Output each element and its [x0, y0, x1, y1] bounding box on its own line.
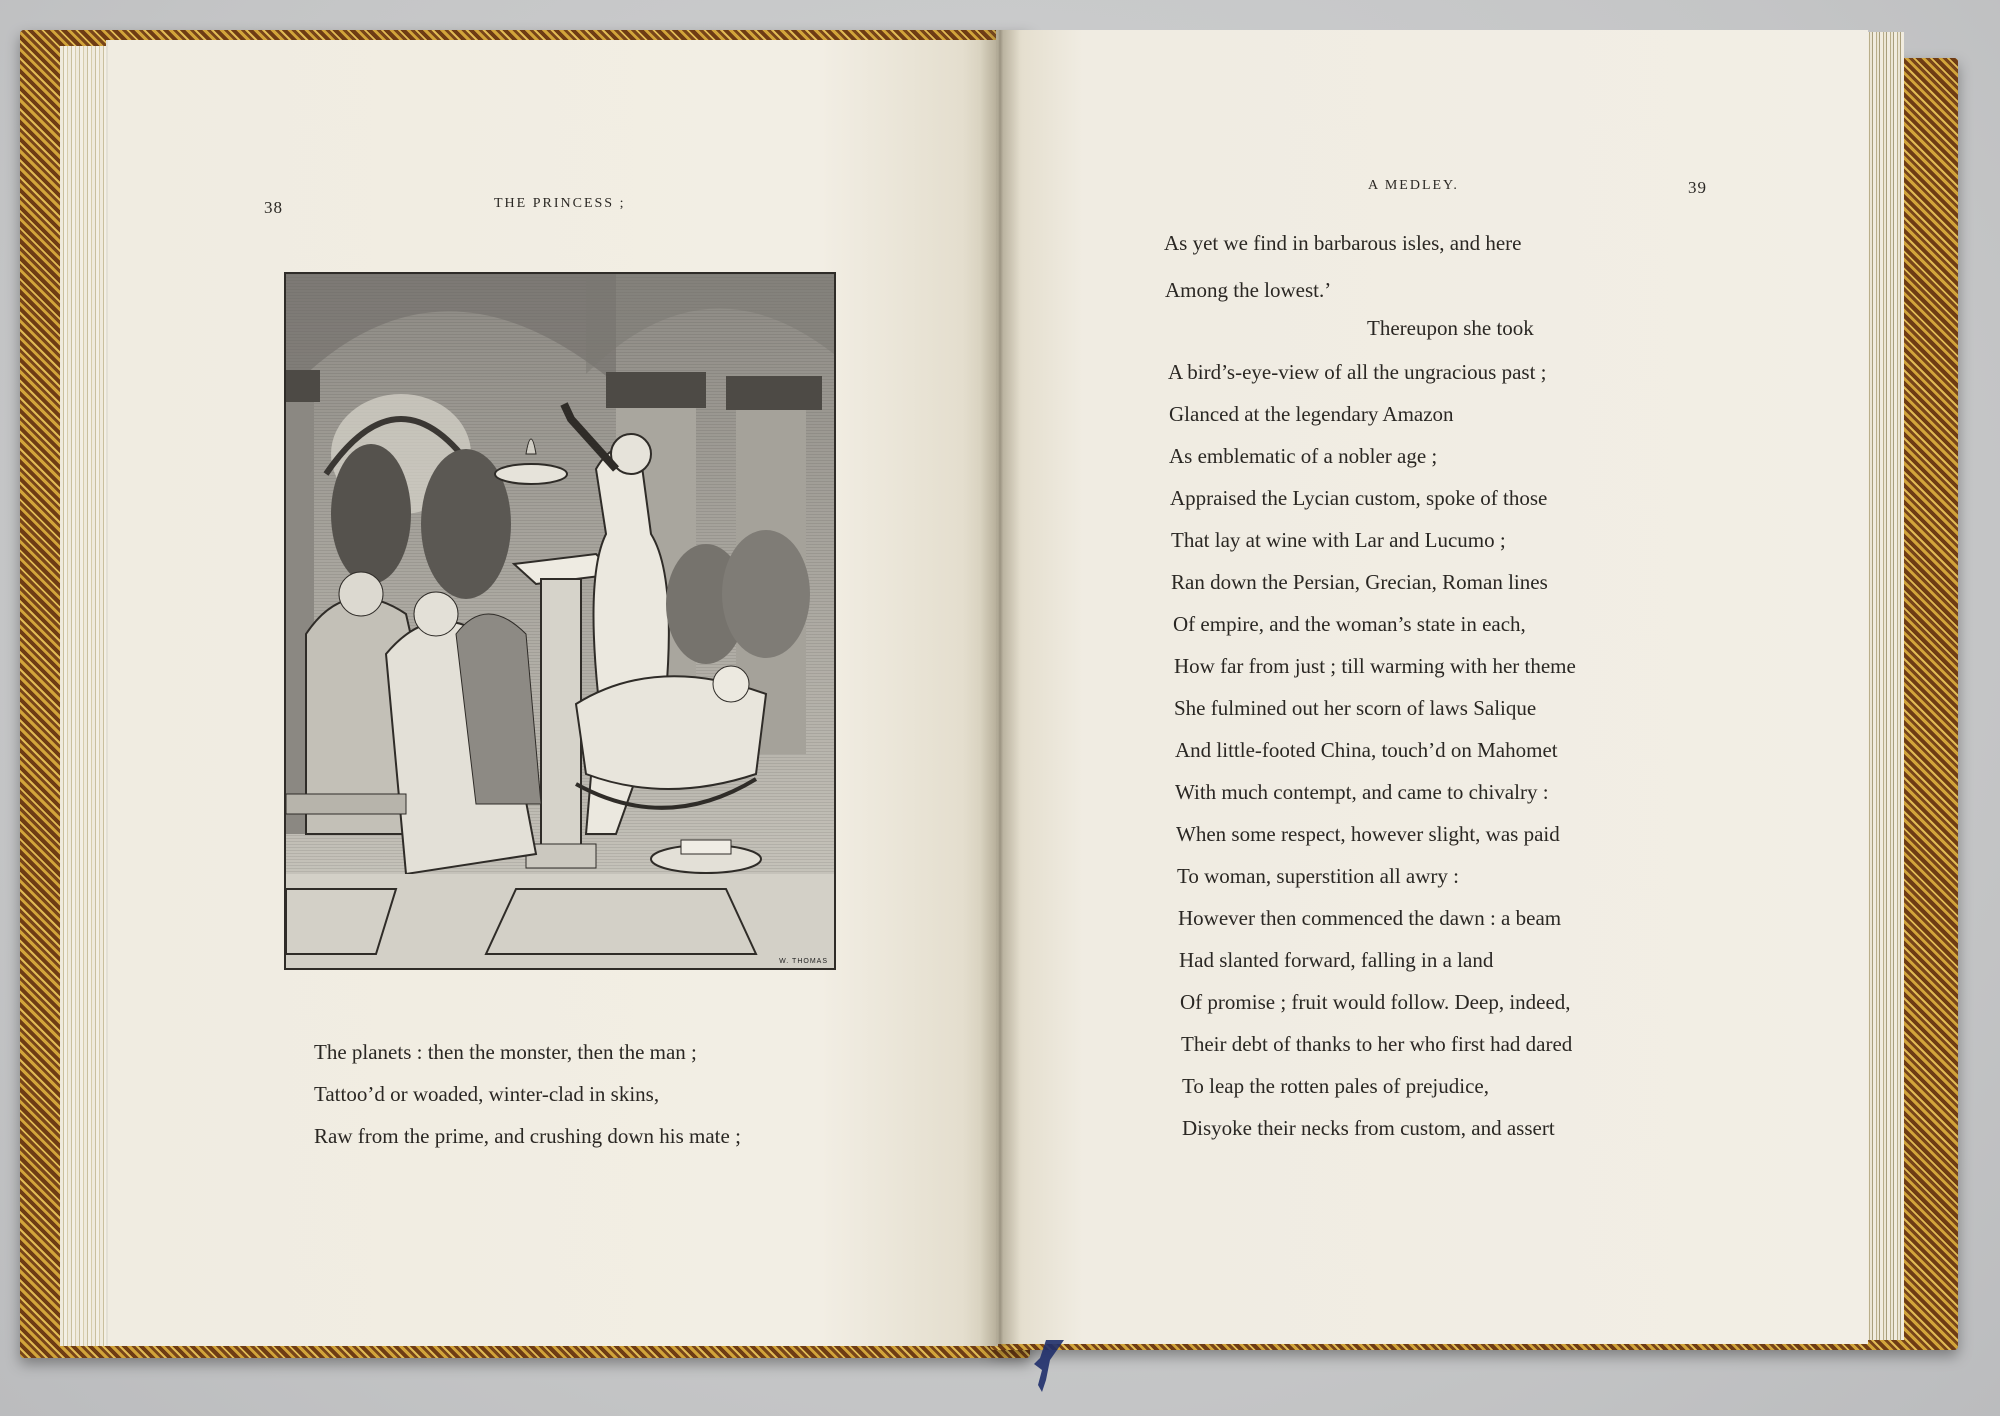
verse-line: Of promise ; fruit would follow. Deep, i… [1180, 992, 1571, 1013]
engraving-illustration: W. THOMAS [284, 272, 836, 970]
verse-line: Of empire, and the woman’s state in each… [1173, 614, 1526, 635]
verse-line: Their debt of thanks to her who first ha… [1181, 1034, 1572, 1055]
page-number-right: 39 [1688, 178, 1707, 198]
verse-line: Disyoke their necks from custom, and ass… [1182, 1118, 1555, 1139]
verse-line: To woman, superstition all awry : [1177, 866, 1459, 887]
ribbon-bookmark-icon [1020, 1340, 1080, 1410]
verse-line: Ran down the Persian, Grecian, Roman lin… [1171, 572, 1548, 593]
verse-line: As emblematic of a nobler age ; [1169, 446, 1437, 467]
engraving-scene-icon [286, 274, 834, 968]
running-head-left: THE PRINCESS ; [494, 196, 625, 212]
verse-line: Tattoo’d or woaded, winter-clad in skins… [314, 1084, 659, 1105]
page-number-left: 38 [264, 198, 283, 218]
page-stack-right-edge [1866, 32, 1904, 1340]
verse-line: With much contempt, and came to chivalry… [1175, 782, 1549, 803]
verse-line: Glanced at the legendary Amazon [1169, 404, 1454, 425]
verse-line: She fulmined out her scorn of laws Saliq… [1174, 698, 1536, 719]
verse-line: Thereupon she took [1367, 318, 1534, 339]
verse-line: When some respect, however slight, was p… [1176, 824, 1560, 845]
verse-line: Appraised the Lycian custom, spoke of th… [1170, 488, 1547, 509]
verse-line: As yet we find in barbarous isles, and h… [1164, 233, 1521, 254]
right-page: A MEDLEY. 39 [996, 30, 1868, 1344]
verse-line: To leap the rotten pales of prejudice, [1182, 1076, 1489, 1097]
verse-line: The planets : then the monster, then the… [314, 1042, 697, 1063]
verse-line: And little-footed China, touch’d on Maho… [1175, 740, 1558, 761]
verse-line: How far from just ; till warming with he… [1174, 656, 1576, 677]
engraver-signature: W. THOMAS [779, 958, 828, 965]
book-gutter [980, 30, 1020, 1346]
verse-line: However then commenced the dawn : a beam [1178, 908, 1561, 929]
verse-line: Among the lowest.’ [1165, 280, 1331, 301]
verse-line: Had slanted forward, falling in a land [1179, 950, 1493, 971]
running-head-right: A MEDLEY. [1368, 178, 1459, 194]
verse-line: Raw from the prime, and crushing down hi… [314, 1126, 741, 1147]
verse-line: A bird’s-eye-view of all the ungracious … [1168, 362, 1546, 383]
verse-line: That lay at wine with Lar and Lucumo ; [1171, 530, 1506, 551]
